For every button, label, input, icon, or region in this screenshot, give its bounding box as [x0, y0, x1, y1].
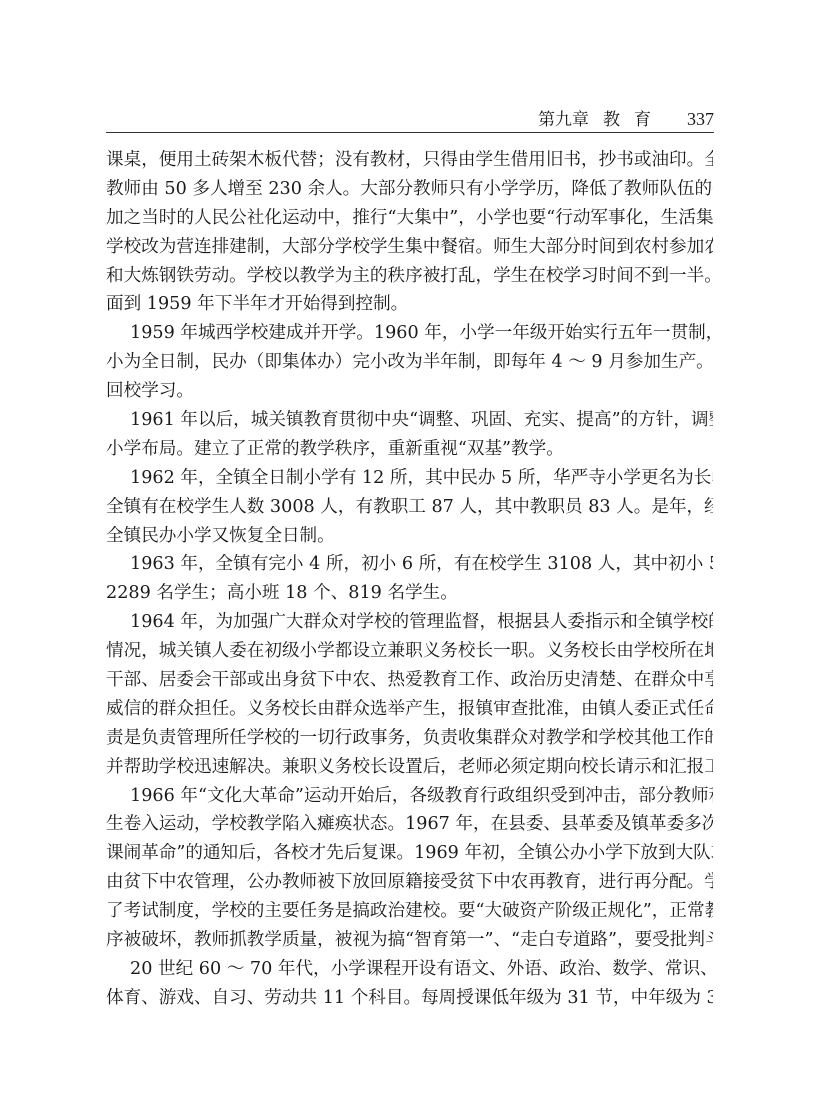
text-line: 情况，城关镇人委在初级小学都设立兼职义务校长一职。义务校长由学校所在地的大队	[106, 637, 713, 666]
text-line: 1961 年以后，城关镇教育贯彻中央“调整、巩固、充实、提高”的方针，调整了	[106, 406, 713, 435]
text-line: 20 世纪 60 ～ 70 年代，小学课程开设有语文、外语、政治、数学、常识、图…	[106, 955, 713, 984]
paragraph: 1963 年，全镇有完小 4 所，初小 6 所，有在校学生 3108 人，其中初…	[106, 550, 713, 608]
body-text: 课桌，便用土砖架木板代替；没有教材，只得由学生借用旧书，抄书或油印。全镇小学教师…	[106, 146, 713, 1013]
text-line: 全镇有在校学生人数 3008 人，有教职工 87 人，其中教职员 83 人。是年…	[106, 493, 713, 522]
paragraph: 课桌，便用土砖架木板代替；没有教材，只得由学生借用旧书，抄书或油印。全镇小学教师…	[106, 146, 713, 319]
text-line: 学校改为营连排建制，大部分学校学生集中餐宿。师生大部分时间到农村参加农业生产	[106, 233, 713, 262]
header-rule	[106, 132, 714, 133]
paragraph: 1966 年“文化大革命”运动开始后，各级教育行政组织受到冲击，部分教师和学生卷…	[106, 782, 713, 955]
page-number: 337	[687, 108, 714, 130]
text-line: 1959 年城西学校建成并开学。1960 年，小学一年级开始实行五年一贯制，公立…	[106, 319, 713, 348]
text-line: 并帮助学校迅速解决。兼职义务校长设置后，老师必须定期向校长请示和汇报工作。	[106, 753, 713, 782]
text-line: 教师由 50 多人增至 230 余人。大部分教师只有小学学历，降低了教师队伍的整…	[106, 175, 713, 204]
text-line: 了考试制度，学校的主要任务是搞政治建校。要“大破资产阶级正规化”，正常教学秩	[106, 897, 713, 926]
text-line: 生卷入运动，学校教学陷入瘫痪状态。1967 年，在县委、县革委及镇革委多次发出“…	[106, 810, 713, 839]
paragraph: 1961 年以后，城关镇教育贯彻中央“调整、巩固、充实、提高”的方针，调整了小学…	[106, 406, 713, 464]
text-line: 责是负责管理所任学校的一切行政事务，负责收集群众对教学和学校其他工作的意见，	[106, 724, 713, 753]
book-page: 第九章教育337 课桌，便用土砖架木板代替；没有教材，只得由学生借用旧书，抄书或…	[0, 0, 816, 1099]
text-line: 课闹革命”的通知后，各校才先后复课。1969 年初，全镇公办小学下放到大队或居民	[106, 839, 713, 868]
chapter-title: 教育	[603, 109, 665, 131]
text-line: 干部、居委会干部或出身贫下中农、热爱教育工作、政治历史清楚、在群众中享有一定	[106, 666, 713, 695]
text-line: 体育、游戏、自习、劳动共 11 个科目。每周授课低年级为 31 节，中年级为 3…	[106, 984, 713, 1013]
text-line: 回校学习。	[106, 377, 713, 406]
text-line: 全镇民办小学又恢复全日制。	[106, 522, 713, 551]
running-head: 第九章教育337	[106, 108, 714, 132]
text-line: 小学布局。建立了正常的教学秩序，重新重视“双基”教学。	[106, 435, 713, 464]
text-line: 威信的群众担任。义务校长由群众选举产生，报镇审查批准，由镇人委正式任命。其职	[106, 695, 713, 724]
text-line: 1964 年，为加强广大群众对学校的管理监督，根据县人委指示和全镇学校的具体	[106, 608, 713, 637]
chapter-label: 第九章	[538, 109, 589, 131]
paragraph: 1964 年，为加强广大群众对学校的管理监督，根据县人委指示和全镇学校的具体情况…	[106, 608, 713, 781]
text-line: 由贫下中农管理，公办教师被下放回原籍接受贫下中农再教育，进行再分配。学校废除	[106, 868, 713, 897]
text-line: 序被破坏，教师抓教学质量，被视为搞“智育第一”、“走白专道路”，要受批判斗争。	[106, 926, 713, 955]
text-line: 1966 年“文化大革命”运动开始后，各级教育行政组织受到冲击，部分教师和学	[106, 782, 713, 811]
paragraph: 1962 年，全镇全日制小学有 12 所，其中民办 5 所，华严寺小学更名为长岭…	[106, 464, 713, 551]
text-line: 面到 1959 年下半年才开始得到控制。	[106, 290, 713, 319]
text-line: 课桌，便用土砖架木板代替；没有教材，只得由学生借用旧书，抄书或油印。全镇小学	[106, 146, 713, 175]
paragraph: 1959 年城西学校建成并开学。1960 年，小学一年级开始实行五年一贯制，公立…	[106, 319, 713, 406]
text-line: 加之当时的人民公社化运动中，推行“大集中”，小学也要“行动军事化，生活集体化”，	[106, 204, 713, 233]
text-line: 2289 名学生；高小班 18 个、819 名学生。	[106, 579, 713, 608]
text-line: 和大炼钢铁劳动。学校以教学为主的秩序被打乱，学生在校学习时间不到一半。这种局	[106, 262, 713, 291]
paragraph: 20 世纪 60 ～ 70 年代，小学课程开设有语文、外语、政治、数学、常识、图…	[106, 955, 713, 1013]
text-line: 1963 年，全镇有完小 4 所，初小 6 所，有在校学生 3108 人，其中初…	[106, 550, 713, 579]
text-line: 小为全日制，民办（即集体办）完小改为半年制，即每年 4 ～ 9 月参加生产。其余…	[106, 348, 713, 377]
text-line: 1962 年，全镇全日制小学有 12 所，其中民办 5 所，华严寺小学更名为长岭…	[106, 464, 713, 493]
